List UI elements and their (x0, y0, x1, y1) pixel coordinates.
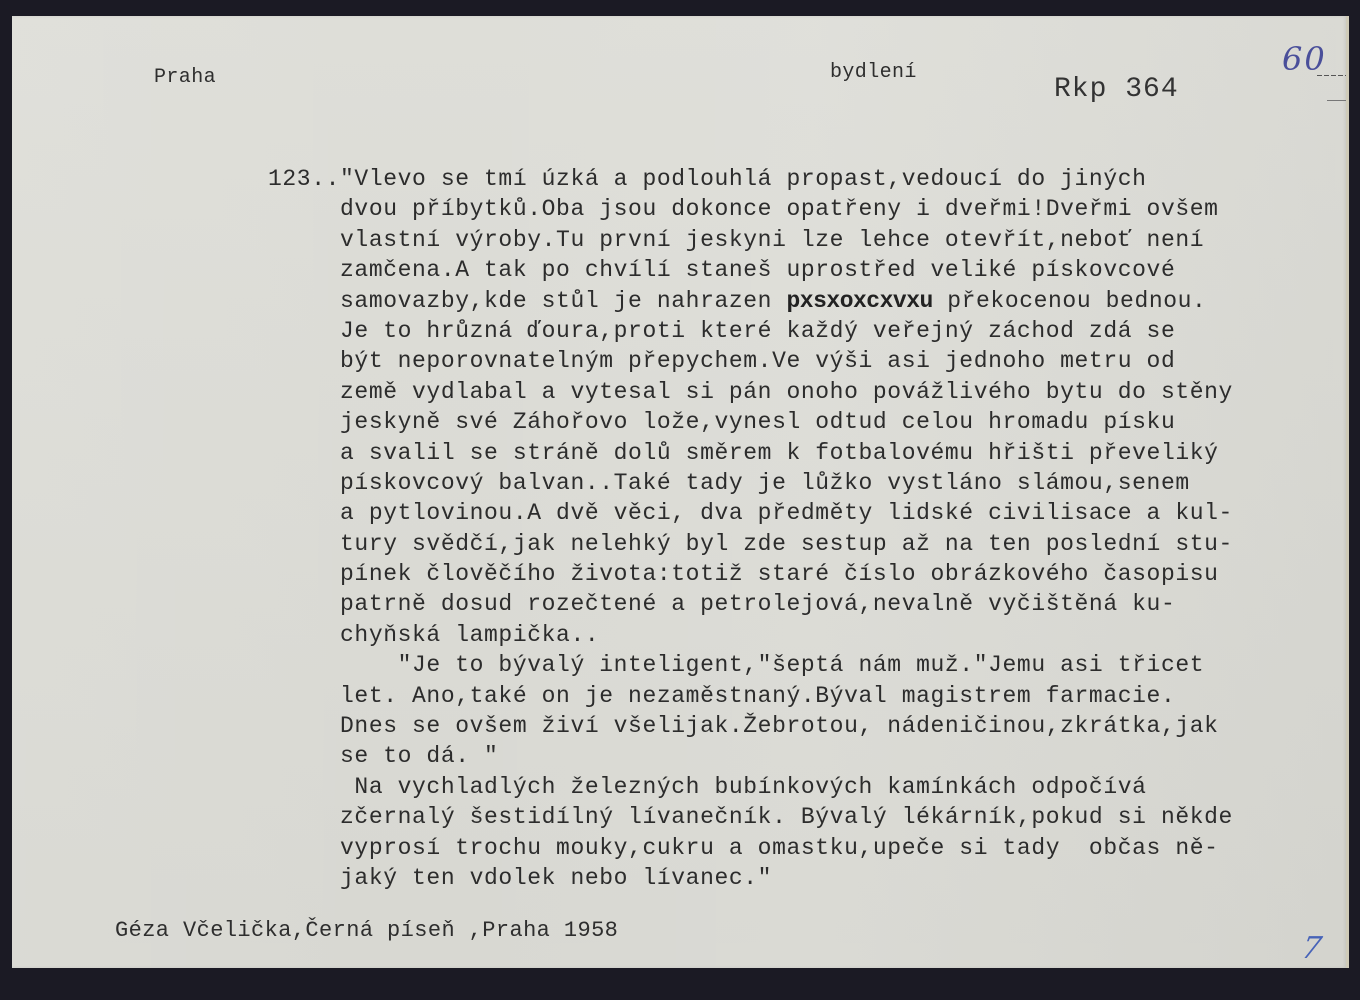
text-line: a svalil se stráně dolů směrem k fotbalo… (268, 440, 1233, 470)
text-segment: překocenou bednou. (933, 288, 1207, 314)
header-topic: bydlení (830, 63, 917, 83)
archive-card: Praha bydlení Rkp 364 60 123.."Vlevo se … (12, 16, 1349, 968)
text-line: pískovcový balvan..Také tady je lůžko vy… (268, 470, 1233, 500)
text-line: chyňská lampička.. (268, 622, 1233, 652)
text-line: země vydlabal a vytesal si pán onoho pov… (268, 379, 1233, 409)
typewritten-excerpt: 123.."Vlevo se tmí úzká a podlouhlá prop… (268, 166, 1233, 895)
text-line: vyprosí trochu mouky,cukru a omastku,upe… (268, 835, 1233, 865)
text-line: Na vychladlých železných bubínkových kam… (268, 774, 1233, 804)
text-line: pínek člověčího života:totiž staré číslo… (268, 561, 1233, 591)
text-line: Je to hrůzná ďoura,proti které každý veř… (268, 318, 1233, 348)
handwritten-card-number: 7 (1299, 931, 1324, 966)
text-line: Dnes se ovšem živí všelijak.Žebrotou, ná… (268, 713, 1233, 743)
text-line: tury svědčí,jak nelehký byl zde sestup a… (268, 531, 1233, 561)
text-line: se to dá. " (268, 743, 1233, 773)
text-line: dvou příbytků.Oba jsou dokonce opatřeny … (268, 196, 1233, 226)
text-line: patrně dosud rozečtené a petrolejová,nev… (268, 591, 1233, 621)
text-line: 123.."Vlevo se tmí úzká a podlouhlá prop… (268, 166, 1233, 196)
text-line: a pytlovinou.A dvě věci, dva předměty li… (268, 500, 1233, 530)
text-line: jeskyně své Záhořovo lože,vynesl odtud c… (268, 409, 1233, 439)
text-segment: samovazby,kde stůl je nahrazen (268, 288, 786, 314)
text-line: vlastní výroby.Tu první jeskyni lze lehc… (268, 227, 1233, 257)
header-location: Praha (154, 68, 216, 88)
text-line: zčernalý šestidílný lívanečník. Bývalý l… (268, 804, 1233, 834)
text-line: zamčena.A tak po chvílí staneš uprostřed… (268, 257, 1233, 287)
handwritten-page-number: 60 (1282, 40, 1327, 78)
margin-tick-mark (1327, 100, 1347, 101)
margin-tick-mark (1317, 75, 1347, 76)
text-line: let. Ano,také on je nezaměstnaný.Býval m… (268, 683, 1233, 713)
text-line: samovazby,kde stůl je nahrazen pxsxoxcxv… (268, 288, 1233, 318)
text-line: "Je to bývalý inteligent,"šeptá nám muž.… (268, 652, 1233, 682)
text-line: jaký ten vdolek nebo lívanec." (268, 865, 1233, 895)
source-citation: Géza Včelička,Černá píseň ,Praha 1958 (115, 920, 618, 942)
header-reference: Rkp 364 (1054, 76, 1179, 104)
struck-out-word: pxsxoxcxvxu (786, 288, 932, 314)
text-line: být neporovnatelným přepychem.Ve výši as… (268, 348, 1233, 378)
